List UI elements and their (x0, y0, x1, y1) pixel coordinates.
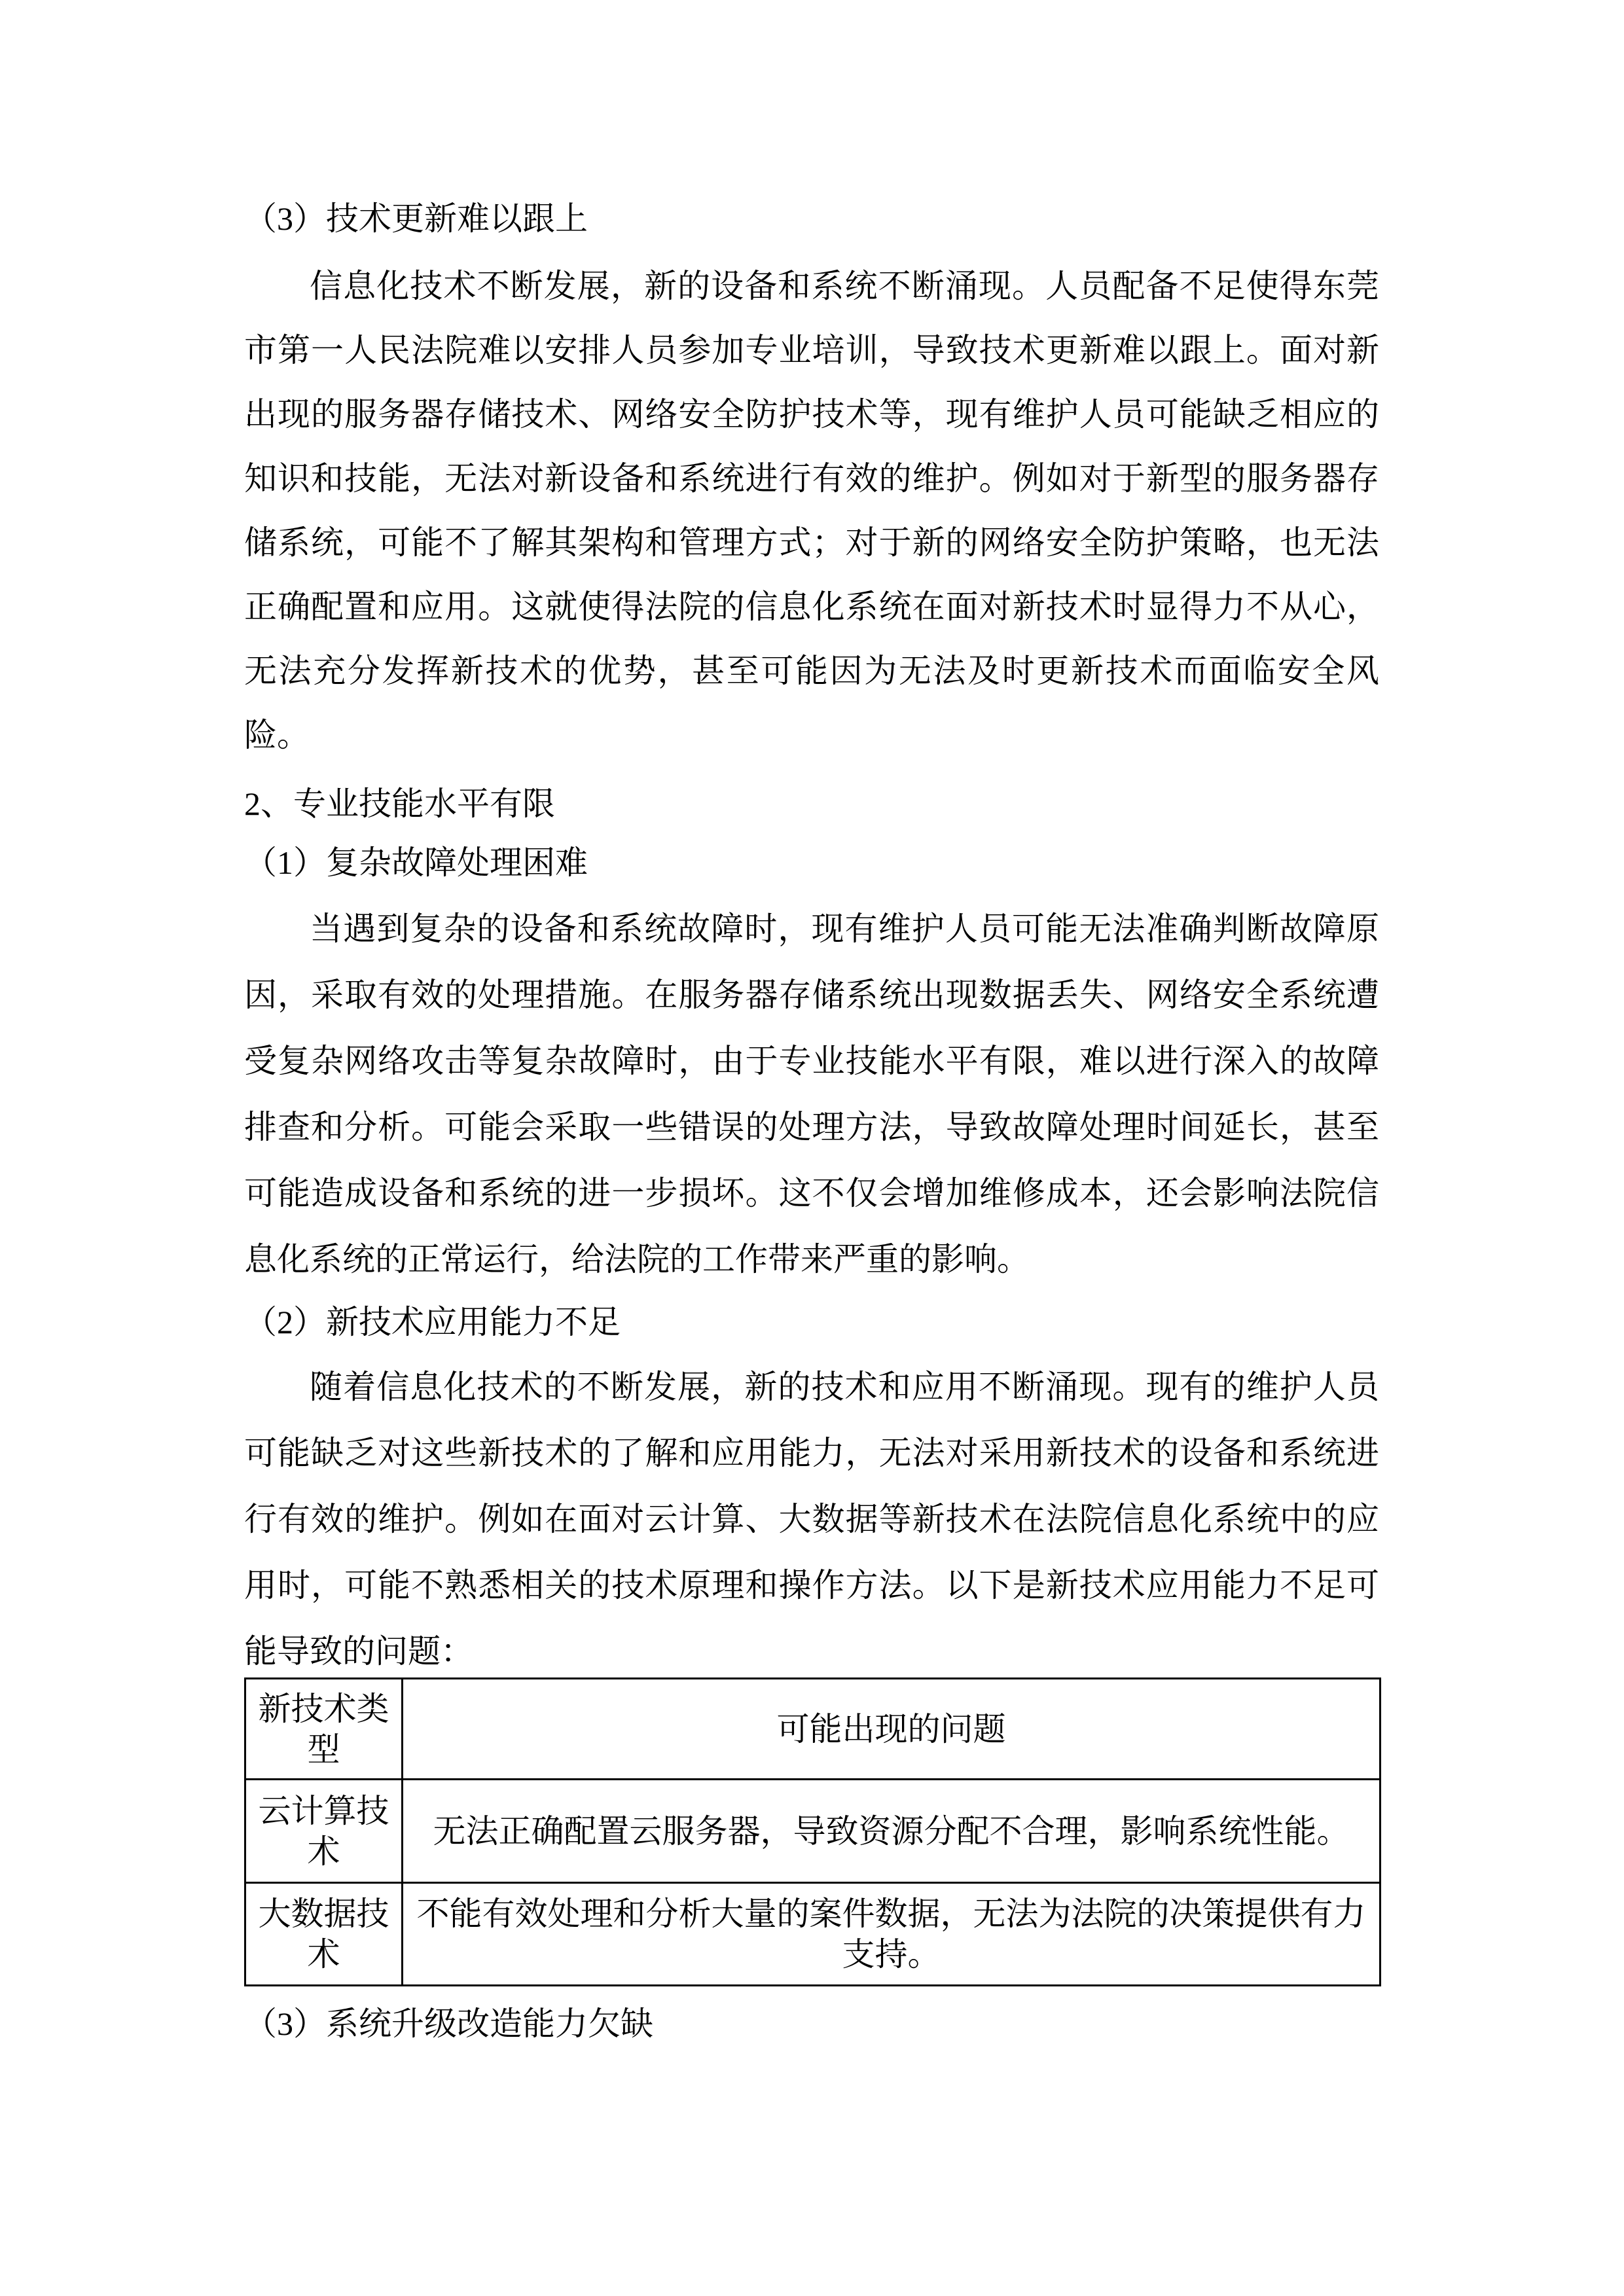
paragraph-new-tech-ability: 随着信息化技术的不断发展，新的技术和应用不断涌现。现有的维护人员可能缺乏对这些新… (244, 1354, 1379, 1685)
paragraph-tech-update: 信息化技术不断发展，新的设备和系统不断涌现。人员配备不足使得东莞市第一人民法院难… (244, 254, 1379, 767)
table-header-row: 新技术类型 可能出现的问题 (245, 1679, 1380, 1780)
document-content: （3）技术更新难以跟上 信息化技术不断发展，新的设备和系统不断涌现。人员配备不足… (244, 0, 1379, 2053)
table-header-type: 新技术类型 (245, 1679, 403, 1780)
table-cell-bigdata-problem: 不能有效处理和分析大量的案件数据，无法为法院的决策提供有力支持。 (403, 1883, 1380, 1986)
table-cell-cloud-problem: 无法正确配置云服务器，导致资源分配不合理，影响系统性能。 (403, 1780, 1380, 1883)
document-page: （3）技术更新难以跟上 信息化技术不断发展，新的设备和系统不断涌现。人员配备不足… (0, 0, 1624, 2296)
new-tech-problems-table: 新技术类型 可能出现的问题 云计算技术 无法正确配置云服务器，导致资源分配不合理… (244, 1677, 1381, 1986)
table-cell-bigdata-type: 大数据技术 (245, 1883, 403, 1986)
heading-new-tech-ability: （2）新技术应用能力不足 (244, 1293, 1379, 1352)
table-row-cloud: 云计算技术 无法正确配置云服务器，导致资源分配不合理，影响系统性能。 (245, 1780, 1380, 1883)
table-cell-cloud-type: 云计算技术 (245, 1780, 403, 1883)
table-header-problem: 可能出现的问题 (403, 1679, 1380, 1780)
paragraph-complex-fault: 当遇到复杂的设备和系统故障时，现有维护人员可能无法准确判断故障原因，采取有效的处… (244, 896, 1379, 1293)
table-row-bigdata: 大数据技术 不能有效处理和分析大量的案件数据，无法为法院的决策提供有力支持。 (245, 1883, 1380, 1986)
heading-tech-update: （3）技术更新难以跟上 (244, 189, 1379, 248)
heading-upgrade-ability: （3）系统升级改造能力欠缺 (244, 1994, 1379, 2053)
heading-complex-fault: （1）复杂故障处理困难 (244, 833, 1379, 892)
heading-skill-level: 2、专业技能水平有限 (244, 774, 1379, 833)
